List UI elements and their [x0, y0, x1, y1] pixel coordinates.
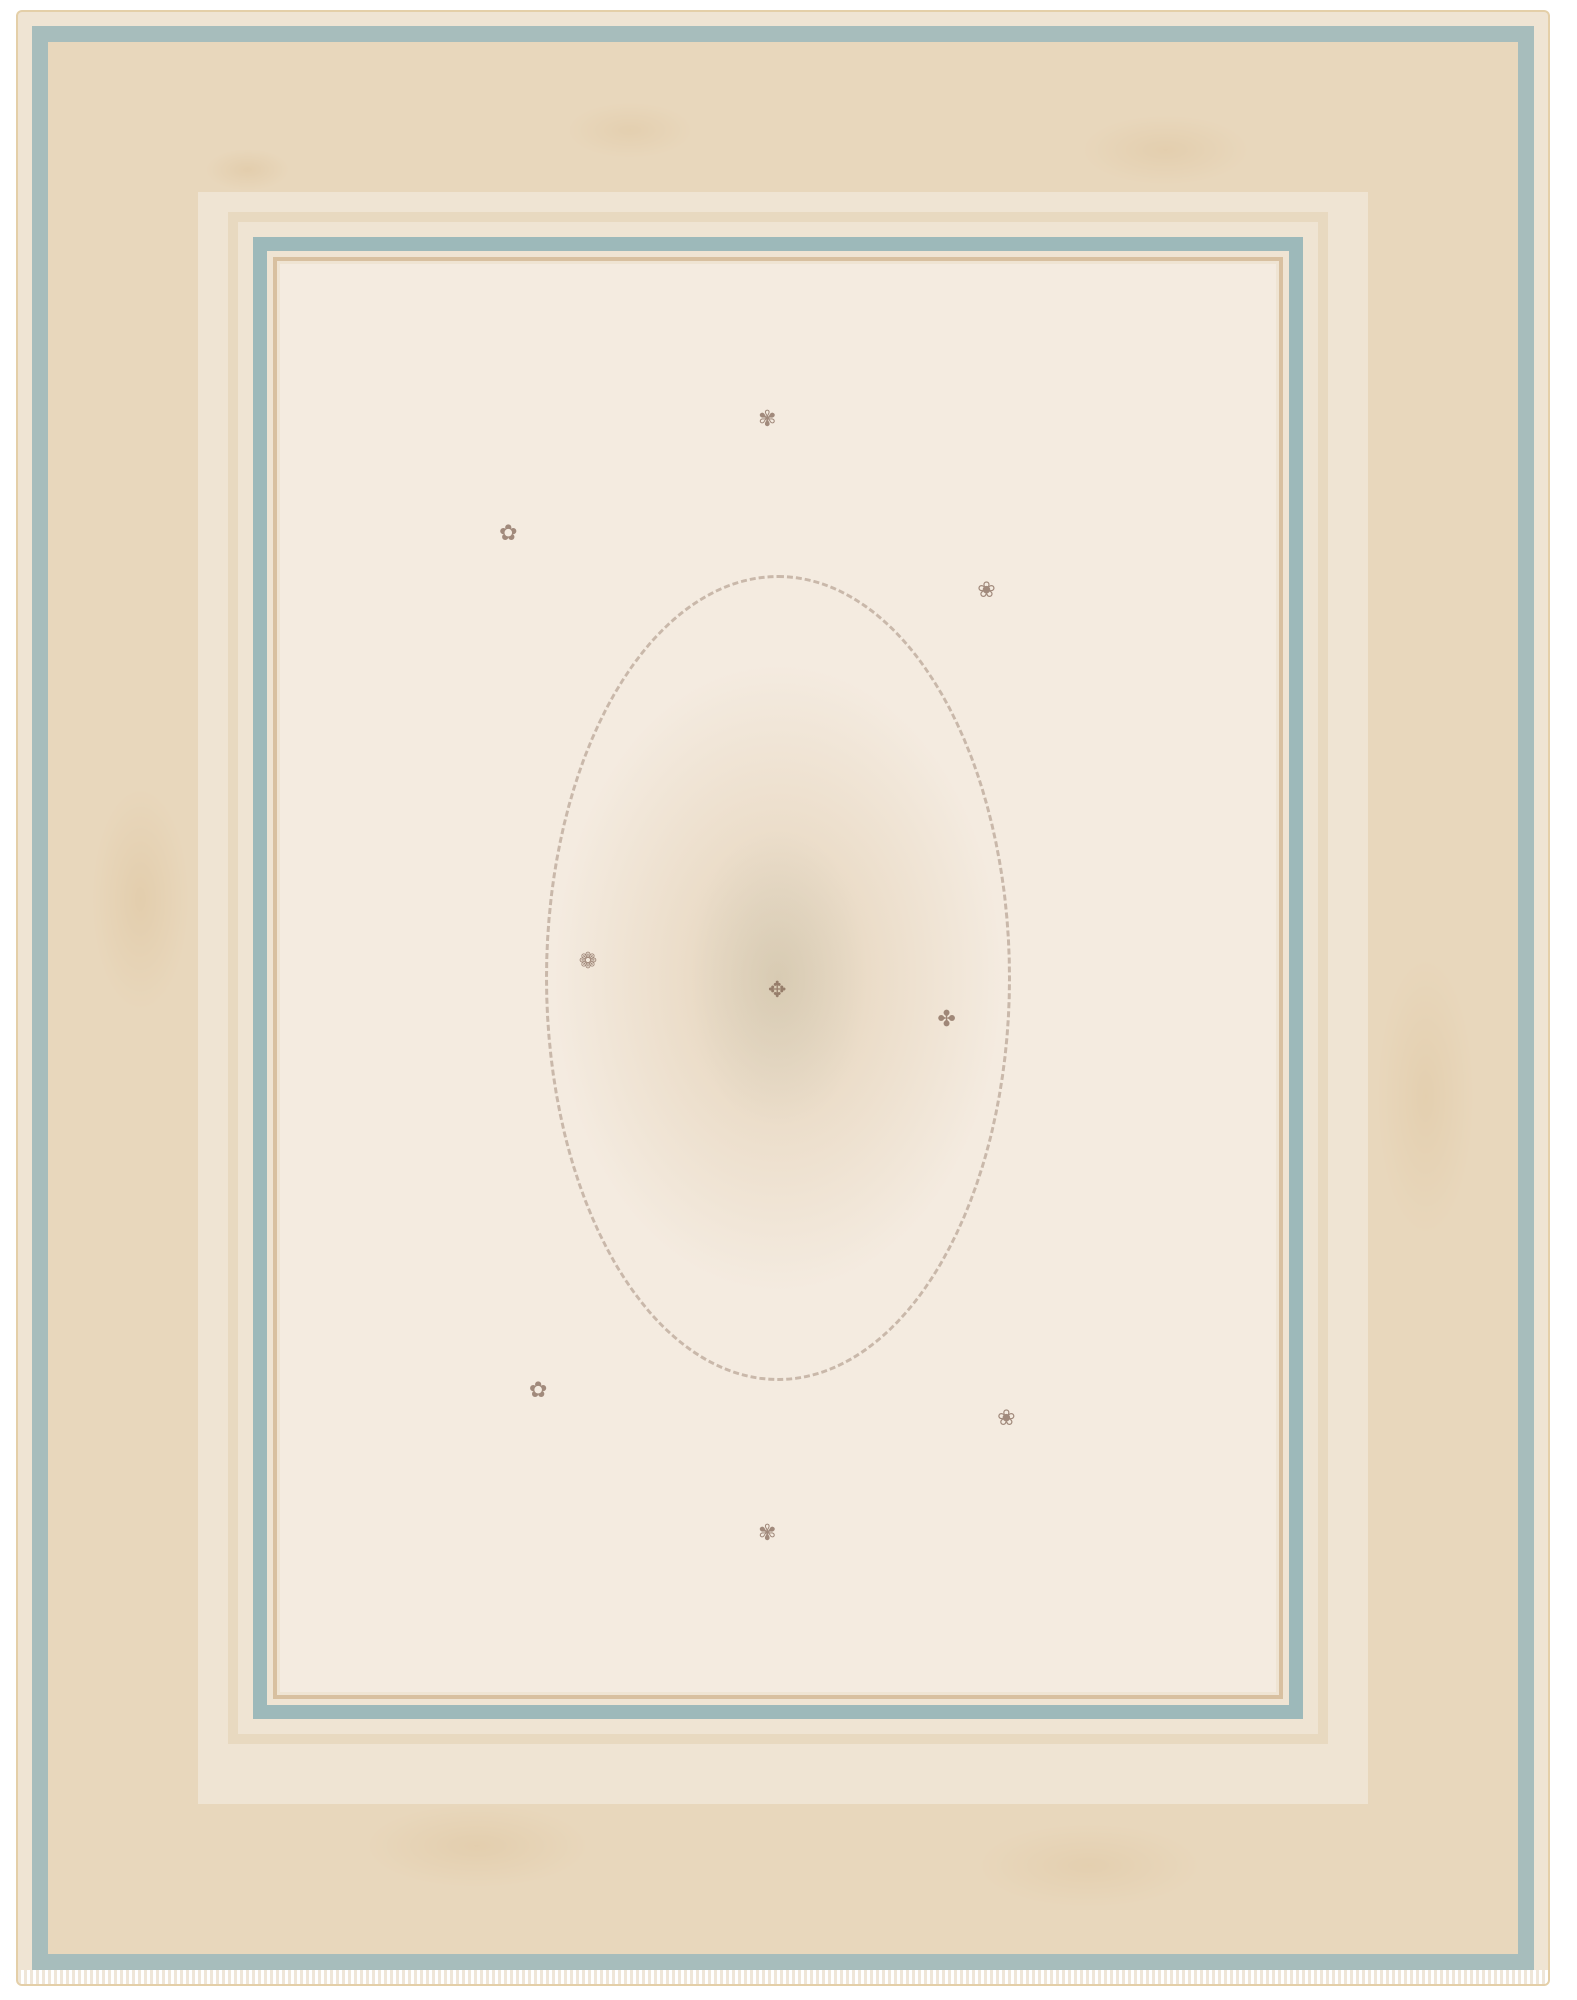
central-field: ✿ ❀ ✾ ❁ ✤ ✥ ✿ ❀ ✾	[280, 264, 1276, 1692]
flower-motif: ✾	[758, 1521, 776, 1546]
flower-motif: ✿	[529, 1378, 547, 1403]
flower-motif: ✾	[758, 407, 776, 432]
flower-motif: ❀	[977, 578, 995, 603]
flower-motif: ✿	[499, 521, 517, 546]
flower-motif: ✤	[937, 1007, 955, 1032]
flower-motif: ❁	[579, 949, 597, 974]
rug-fringe	[18, 1970, 1548, 1984]
flower-motif: ✥	[768, 978, 786, 1003]
flower-motif: ❀	[997, 1406, 1015, 1431]
rug: ✿ ❀ ✾ ❁ ✤ ✥ ✿ ❀ ✾	[18, 12, 1548, 1984]
